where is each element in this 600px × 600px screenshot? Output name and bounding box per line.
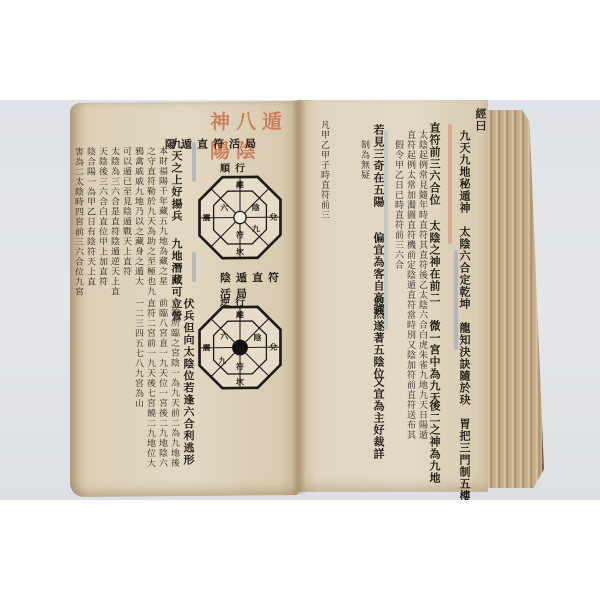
svg-text:九: 九: [218, 355, 226, 365]
book-photograph: 神八遁陽陰 陽遁直符活局 順行 離坎 兌震: [0, 100, 600, 500]
text-column: 本財福陽千年藏五九地為藏之星: [156, 146, 167, 286]
text-column: 凡甲乙甲子時直符前三: [318, 120, 329, 220]
svg-text:陰: 陰: [252, 202, 260, 212]
svg-text:震: 震: [203, 212, 211, 222]
svg-text:符: 符: [236, 230, 244, 240]
text-column: 天陰後三六合白直位甲上加直符: [96, 147, 107, 287]
text-column: 太陰之神在前二: [428, 220, 441, 304]
book-gutter: [292, 100, 306, 494]
text-column: 鴉禽戚戚九地乃以之藏身之遁大: [132, 146, 143, 286]
text-column: 伏兵但向太陰位: [182, 298, 195, 382]
text-column: 制為無疑: [358, 140, 369, 180]
page-edges: [486, 110, 544, 488]
color-smudge: [192, 252, 196, 282]
text-column: 直符所臨之宮陰一為九天前二為九地後: [168, 298, 179, 468]
red-handwritten-title: 神八遁陽陰: [210, 105, 298, 164]
text-column: 九天九地秘遁神: [458, 130, 471, 214]
text-column: 胃把三門制五樓: [458, 418, 471, 500]
svg-text:陰: 陰: [254, 332, 262, 342]
svg-text:震: 震: [203, 342, 211, 352]
text-column: 太陰六合定乾坤: [458, 226, 471, 310]
text-column: 太陰起例常見隨年時直符其直符後乙太陰六合白虎朱雀九地九天日陽遁: [416, 130, 427, 440]
open-book: 神八遁陽陰 陽遁直符活局 順行 離坎 兌震: [0, 100, 600, 500]
svg-text:九: 九: [252, 223, 260, 233]
color-smudge: [384, 130, 388, 330]
text-column: 前臨八宮直一九天位一宮後二九地陰六: [156, 298, 167, 468]
svg-text:符: 符: [236, 361, 244, 371]
top-diagram-label: 順行: [220, 159, 250, 174]
right-page: 經曰 九天九地秘遁神 太陰六合定乾坤 龍知決訣隨於玦 胃把三門制五樓 直符前三六…: [298, 100, 488, 492]
text-column: 直符二宮前一九天後七宮饒二九地位大: [144, 298, 155, 468]
text-column: 後二之神為九地: [428, 400, 441, 484]
text-column: 又宜為主好裁詳: [372, 376, 385, 460]
text-column: 龍知決訣隨於玦: [458, 322, 471, 406]
svg-text:兌: 兌: [269, 342, 277, 352]
svg-text:六: 六: [220, 203, 228, 213]
text-column: 直符起例太常加濁圖直符機前定陰遁直符當時別又陰加符前直符送布其: [404, 130, 415, 440]
svg-text:離: 離: [236, 310, 244, 320]
svg-text:坎: 坎: [236, 376, 244, 386]
text-column: 陰合陽一為甲乙日有陰符天上直: [84, 147, 95, 287]
color-smudge: [192, 142, 196, 182]
color-smudge: [454, 250, 458, 350]
text-column: 害為二太陰時四宮前三六合位九宮: [72, 147, 83, 297]
text-column: 直符前三六合位: [428, 122, 441, 206]
text-column: 假令甲乙日已時直符前三六合: [392, 140, 403, 270]
text-column: 微一宮中為九天: [428, 320, 441, 404]
text-column: 太陰為三六合是直符陰遁逆天上直: [108, 147, 119, 297]
svg-text:坎: 坎: [236, 246, 244, 256]
yin-dun-octagon-diagram: 離坎 兌震 符陰 九六: [196, 303, 284, 392]
text-column: 之守直符勒於九天為助之至極也九: [144, 146, 155, 296]
yang-dun-octagon-diagram: 離坎 兌震 符陰 六九: [196, 173, 284, 262]
text-column: 九天之上好揚兵: [170, 138, 183, 222]
color-smudge: [448, 124, 452, 244]
text-column: 可以遁已至見陰遁戰天上直符: [120, 146, 131, 276]
text-column: 若逢六合利逃形: [182, 382, 195, 466]
text-column: 經曰: [474, 108, 487, 132]
svg-text:離: 離: [236, 180, 244, 190]
text-column: 一二三四五七八九宮為山: [132, 298, 143, 408]
svg-text:六: 六: [220, 331, 228, 341]
svg-text:兌: 兌: [269, 212, 277, 222]
left-page: 神八遁陽陰 陽遁直符活局 順行 離坎 兌震: [70, 101, 298, 497]
